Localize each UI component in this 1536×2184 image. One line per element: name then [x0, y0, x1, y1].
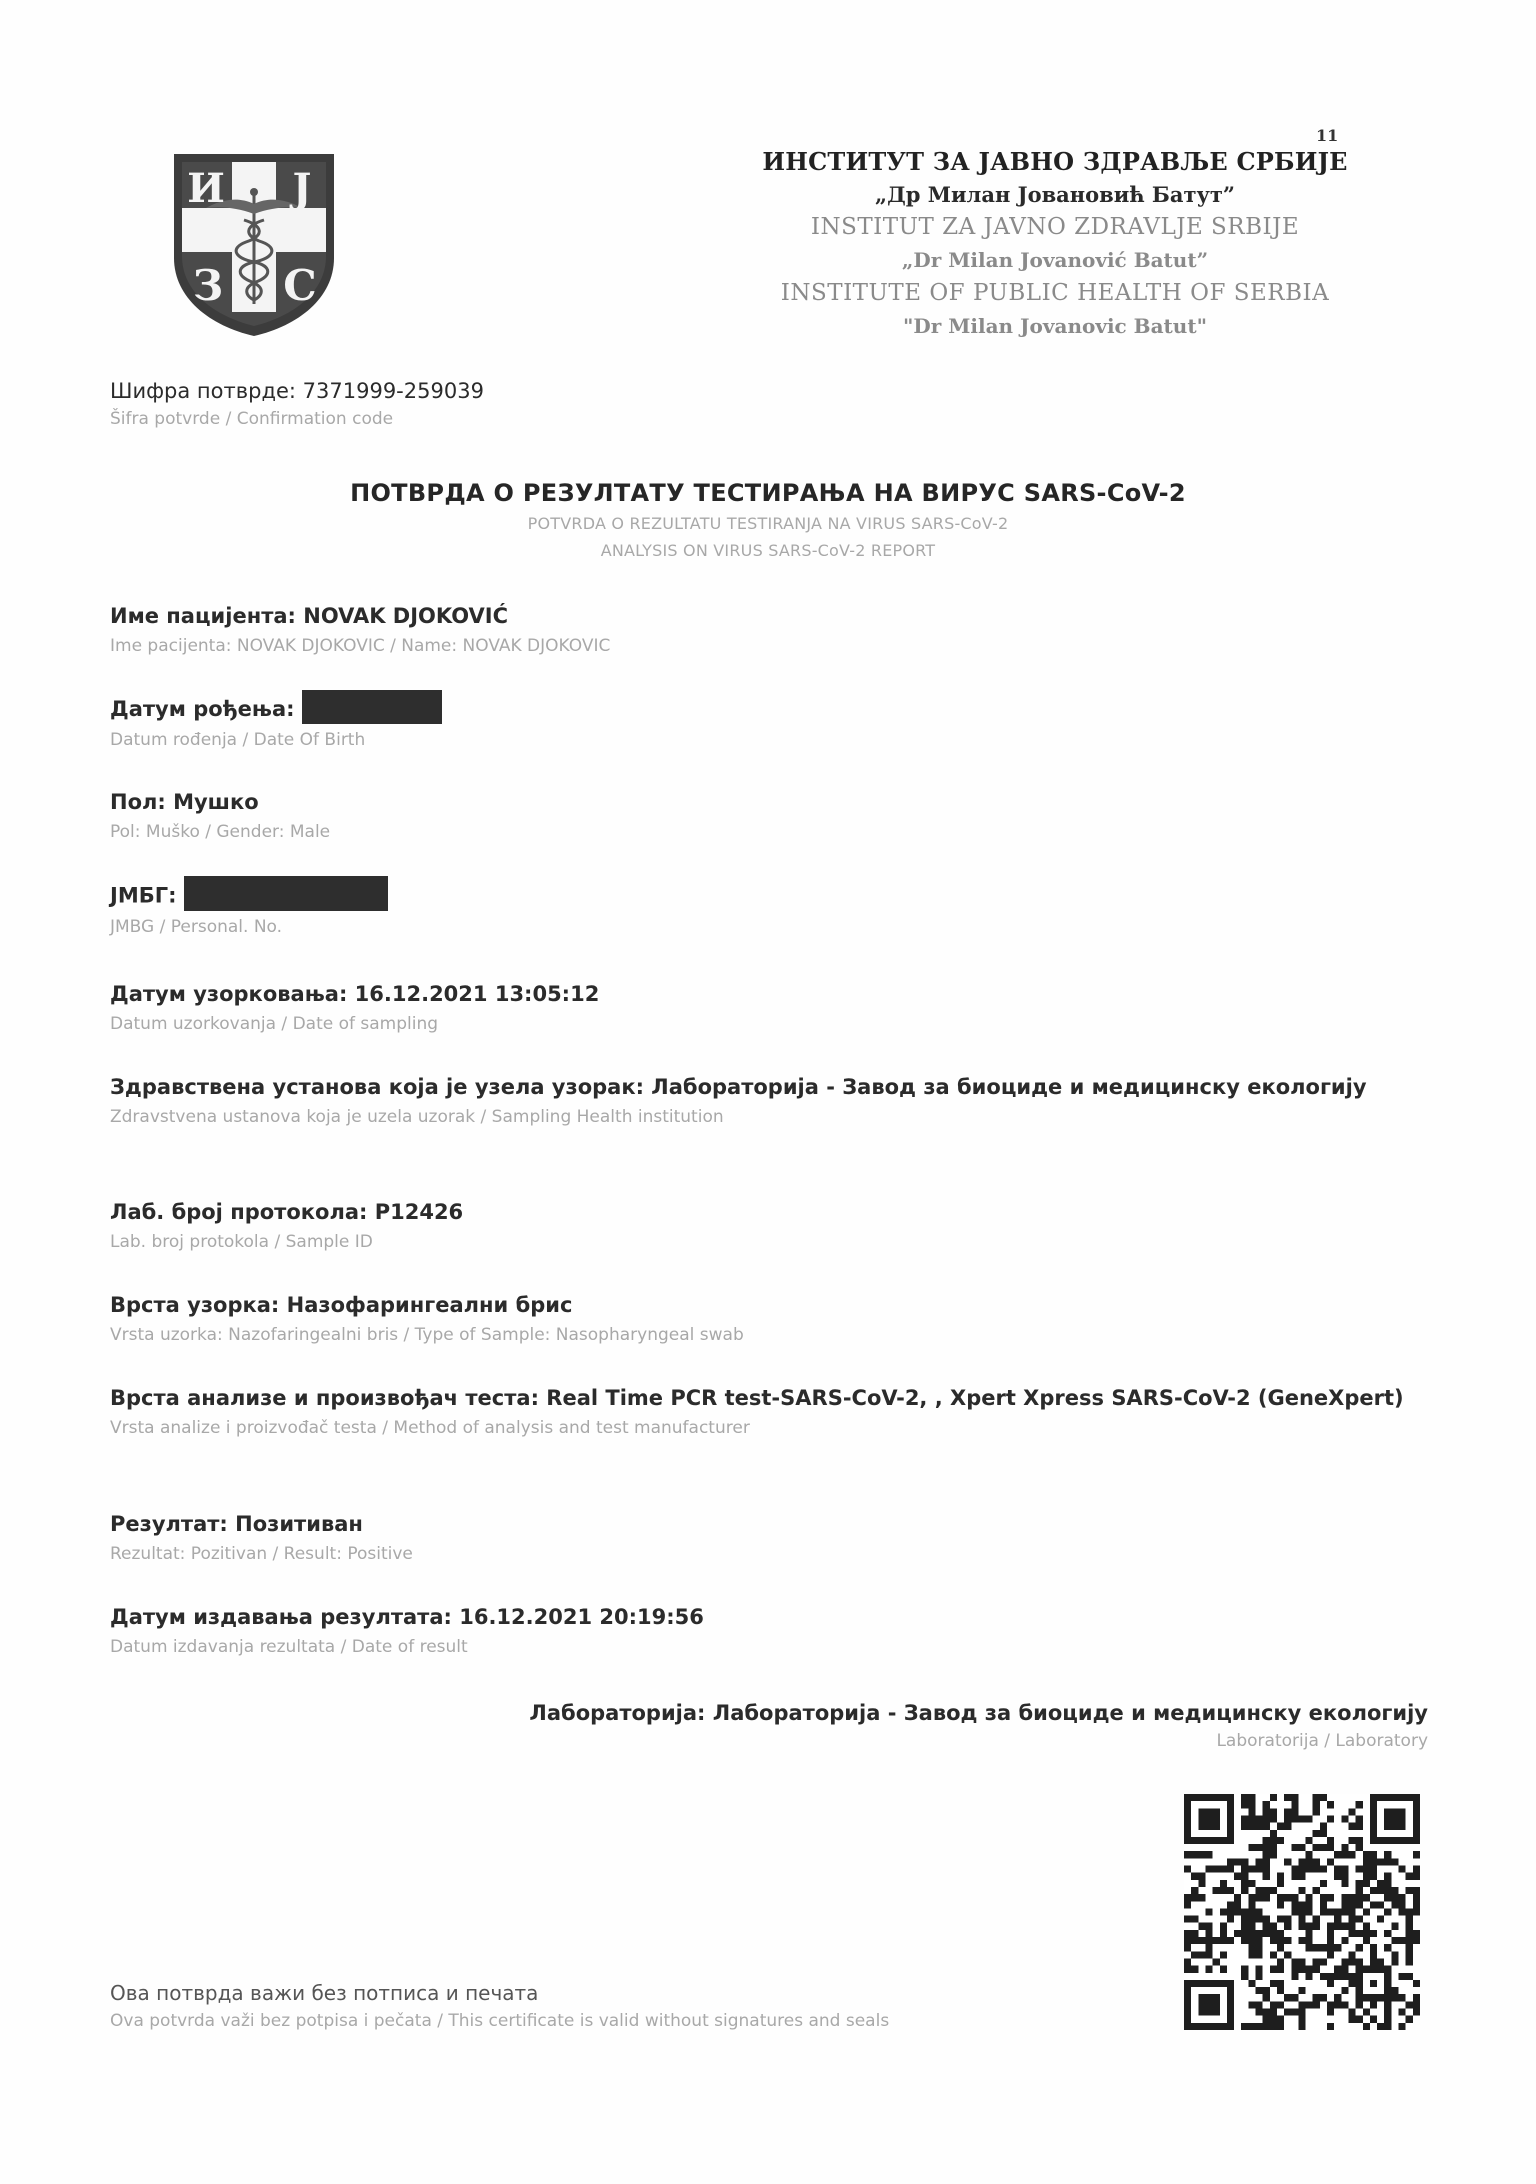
certificate-page: И Ј З С 11 ИНСТИТУТ ЗА ЈАВНО ЗДРАВЉЕ СРБ…	[0, 0, 1536, 2184]
field-label: Лаб. број протокола:	[110, 1200, 367, 1224]
svg-text:Ј: Ј	[290, 165, 312, 212]
institution-subtitle-english: "Dr Milan Jovanovic Batut"	[740, 310, 1370, 343]
redacted-block	[184, 876, 388, 911]
redacted-block	[302, 690, 442, 724]
field-jmbg: ЈМБГ: JMBG / Personal. No.	[110, 879, 1430, 940]
svg-text:З: З	[193, 261, 223, 310]
field-value: Позитиван	[235, 1512, 363, 1536]
field-value: Real Time PCR test-SARS-CoV-2, , Xpert X…	[546, 1386, 1403, 1410]
field-value: P12426	[375, 1200, 463, 1224]
field-sample-type: Врста узорка: Назофарингеални брис Vrsta…	[110, 1289, 1430, 1348]
field-label: Датум издавања резултата:	[110, 1605, 452, 1629]
field-patient-name: Име пацијента: NOVAK DJOKOVIĆ Ime pacije…	[110, 600, 1430, 659]
field-secondary: Datum uzorkovanja / Date of sampling	[110, 1011, 1430, 1037]
field-sampling-institution: Здравствена установа која је узела узора…	[110, 1071, 1430, 1130]
confirmation-code-value: 7371999-259039	[303, 379, 484, 403]
field-label: Врста узорка:	[110, 1293, 279, 1317]
field-gender: Пол: Мушко Pol: Muško / Gender: Male	[110, 786, 1430, 845]
institution-name-cyrillic: ИНСТИТУТ ЗА ЈАВНО ЗДРАВЉЕ СРБИЈЕ	[740, 145, 1370, 178]
qr-code	[1184, 1794, 1420, 2030]
field-secondary: JMBG / Personal. No.	[110, 914, 1430, 940]
field-result: Резултат: Позитиван Rezultat: Pozitivan …	[110, 1508, 1430, 1567]
field-label: Пол:	[110, 790, 166, 814]
institution-name-english: INSTITUTE OF PUBLIC HEALTH OF SERBIA	[740, 277, 1370, 310]
field-sampling-date: Датум узорковања: 16.12.2021 13:05:12 Da…	[110, 978, 1430, 1037]
field-label: Име пацијента:	[110, 604, 296, 628]
laboratory: Лабораторија: Лабораторија - Завод за би…	[529, 1698, 1428, 1754]
field-analysis-method: Врста анализе и произвођач теста: Real T…	[110, 1382, 1430, 1441]
confirmation-code-primary: Шифра потврде: 7371999-259039	[110, 376, 484, 406]
field-value: Мушко	[173, 790, 259, 814]
title-latin: POTVRDA O REZULTATU TESTIRANJA NA VIRUS …	[0, 510, 1536, 537]
field-sample-id: Лаб. број протокола: P12426 Lab. broj pr…	[110, 1196, 1430, 1255]
svg-text:И: И	[187, 165, 225, 212]
qr-code-icon	[1184, 1794, 1420, 2030]
field-label: Врста анализе и произвођач теста:	[110, 1386, 539, 1410]
field-label: ЈМБГ:	[110, 884, 177, 908]
field-date-of-birth: Датум рођења: Datum rođenja / Date Of Bi…	[110, 693, 1430, 753]
field-secondary: Lab. broj protokola / Sample ID	[110, 1229, 1430, 1255]
validity-note-primary: Ова потврда важи без потписа и печата	[110, 1978, 889, 2008]
document-title: ПОТВРДА О РЕЗУЛТАТУ ТЕСТИРАЊА НА ВИРУС S…	[0, 476, 1536, 564]
caduceus-shield-icon: И Ј З С	[168, 148, 340, 338]
validity-note-secondary: Ova potvrda važi bez potpisa i pečata / …	[110, 2008, 889, 2034]
confirmation-code-secondary: Šifra potvrde / Confirmation code	[110, 406, 484, 432]
field-label: Датум рођења:	[110, 697, 295, 721]
confirmation-code: Шифра потврде: 7371999-259039 Šifra potv…	[110, 376, 484, 432]
field-value: NOVAK DJOKOVIĆ	[303, 604, 508, 628]
confirmation-code-label: Шифра потврде:	[110, 379, 296, 403]
field-secondary: Datum izdavanja rezultata / Date of resu…	[110, 1634, 1430, 1660]
field-secondary: Vrsta uzorka: Nazofaringealni bris / Typ…	[110, 1322, 1430, 1348]
field-value: Назофарингеални брис	[287, 1293, 573, 1317]
field-result-date: Датум издавања резултата: 16.12.2021 20:…	[110, 1601, 1430, 1660]
title-cyrillic: ПОТВРДА О РЕЗУЛТАТУ ТЕСТИРАЊА НА ВИРУС S…	[0, 476, 1536, 510]
page-number: 11	[1316, 126, 1338, 145]
field-label: Здравствена установа која је узела узора…	[110, 1075, 644, 1099]
laboratory-value: Лабораторија - Завод за биоциде и медици…	[713, 1701, 1428, 1725]
institution-header: ИНСТИТУТ ЗА ЈАВНО ЗДРАВЉЕ СРБИЈЕ „Др Мил…	[740, 145, 1370, 343]
field-secondary: Zdravstvena ustanova koja je uzela uzora…	[110, 1104, 1430, 1130]
laboratory-secondary: Laboratorija / Laboratory	[529, 1728, 1428, 1754]
institution-subtitle-cyrillic: „Др Милан Јовановић Батут”	[740, 178, 1370, 211]
institution-subtitle-latin: „Dr Milan Jovanović Batut”	[740, 244, 1370, 277]
field-value: Лабораторија - Завод за биоциде и медици…	[651, 1075, 1366, 1099]
field-value: 16.12.2021 13:05:12	[355, 982, 600, 1006]
field-value: 16.12.2021 20:19:56	[459, 1605, 704, 1629]
title-english: ANALYSIS ON VIRUS SARS-CoV-2 REPORT	[0, 537, 1536, 564]
institution-name-latin: INSTITUT ZA JAVNO ZDRAVLJE SRBIJE	[740, 211, 1370, 244]
institute-logo: И Ј З С	[168, 148, 340, 338]
field-secondary: Rezultat: Pozitivan / Result: Positive	[110, 1541, 1430, 1567]
field-secondary: Vrsta analize i proizvođač testa / Metho…	[110, 1415, 1430, 1441]
field-label: Датум узорковања:	[110, 982, 347, 1006]
field-secondary: Datum rođenja / Date Of Birth	[110, 727, 1430, 753]
validity-note: Ова потврда важи без потписа и печата Ov…	[110, 1978, 889, 2034]
field-label: Резултат:	[110, 1512, 228, 1536]
svg-text:С: С	[283, 261, 316, 310]
laboratory-label: Лабораторија:	[529, 1701, 705, 1725]
field-secondary: Pol: Muško / Gender: Male	[110, 819, 1430, 845]
field-secondary: Ime pacijenta: NOVAK DJOKOVIC / Name: NO…	[110, 633, 1430, 659]
